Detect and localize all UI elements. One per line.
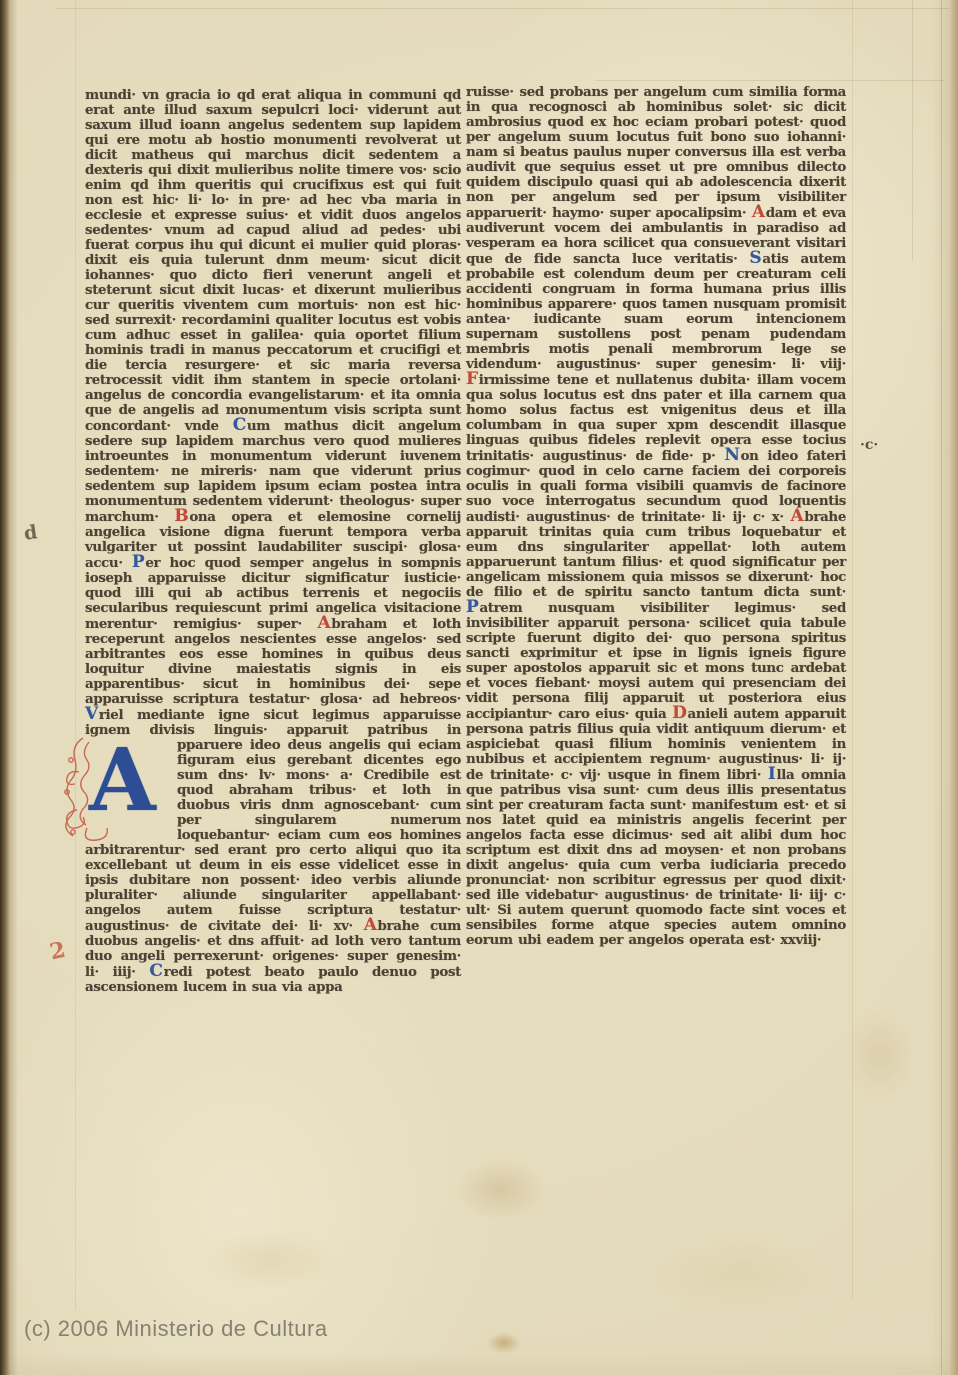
ruling-line-vertical-corner <box>912 0 913 260</box>
margin-mark-d: d <box>23 521 39 545</box>
ruling-line-horizontal-upper-right <box>595 80 945 81</box>
manuscript-text-section: atis autem probabile est colendum deum p… <box>466 251 846 372</box>
paragraph-initial-blue: N <box>724 445 740 465</box>
manuscript-text-section: ruisse· sed probans per angelum cum simi… <box>466 84 846 221</box>
paragraph-initial-blue: P <box>466 597 479 617</box>
paragraph-initial-blue: S <box>749 248 762 268</box>
manuscript-text-section: atrem nusquam visibiliter legimus· sed i… <box>466 600 846 722</box>
margin-mark-c: ·c· <box>860 437 878 453</box>
manuscript-page: mundi· vn gracia io qd erat aliqua in co… <box>0 0 958 1375</box>
illuminated-initial: A <box>71 740 171 834</box>
page-edge-line <box>941 0 942 1375</box>
parchment-stain <box>487 1332 521 1354</box>
paragraph-initial-blue: I <box>768 764 777 784</box>
paragraph-initial-red: A <box>318 613 332 633</box>
paragraph-initial-blue: P <box>132 552 145 572</box>
paragraph-initial-red: A <box>364 915 378 935</box>
text-column-right: ruisse· sed probans per angelum cum simi… <box>466 85 846 1185</box>
copyright-watermark: (c) 2006 Ministerio de Cultura <box>24 1316 328 1342</box>
paragraph-initial-blue: C <box>233 415 247 435</box>
paragraph-initial-red: A <box>752 202 766 222</box>
paragraph-initial-red: A <box>791 506 805 526</box>
illuminated-initial-letter: A <box>89 734 155 828</box>
paragraph-initial-blue: C <box>149 961 163 981</box>
parchment-stain <box>200 1230 340 1290</box>
text-column-left: mundi· vn gracia io qd erat aliqua in co… <box>85 88 461 1210</box>
manuscript-text-section: lla omnia que patribus visa sunt· cum de… <box>466 767 846 948</box>
paragraph-initial-red: D <box>672 703 687 723</box>
paragraph-initial-red: F <box>466 369 479 389</box>
ruling-line-horizontal-top <box>55 8 950 9</box>
ruling-line-vertical-left <box>75 0 76 1310</box>
paragraph-initial-blue: V <box>85 704 99 724</box>
parchment-stain <box>650 1240 830 1310</box>
manuscript-text-section: mundi· vn gracia io qd erat aliqua in co… <box>85 87 461 434</box>
paragraph-initial-red: B <box>174 506 189 526</box>
ruling-line-vertical-right <box>852 0 853 1300</box>
parchment-stain <box>845 1010 915 1100</box>
margin-penwork-flourish: 2 <box>47 937 67 966</box>
